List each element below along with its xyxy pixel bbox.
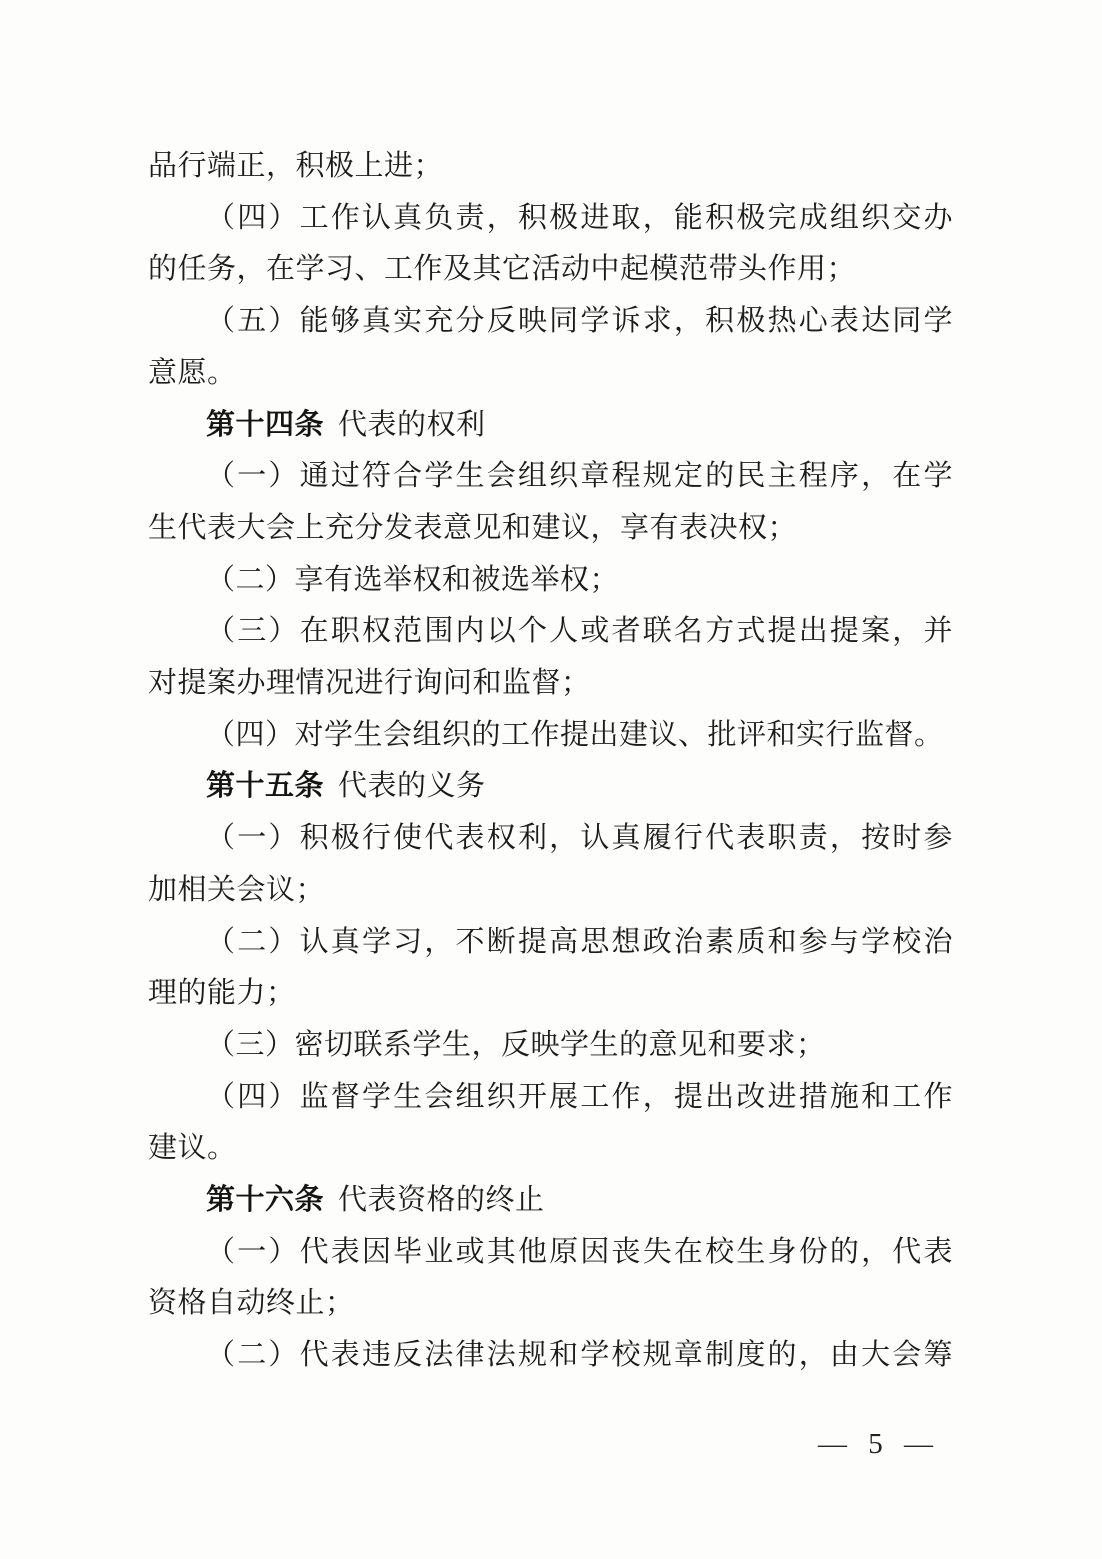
document-line: （三）密切联系学生，反映学生的意见和要求； (148, 1020, 953, 1072)
document-line: 品行端正，积极上进； (148, 141, 953, 193)
line-text: 意愿。 (148, 357, 237, 389)
page-number: — 5 — (818, 1424, 935, 1464)
line-text: （一）积极行使代表权利，认真履行代表职责，按时参 (206, 822, 953, 854)
document-page: 品行端正，积极上进；（四）工作认真负责，积极进取，能积极完成组织交办的任务，在学… (0, 0, 1102, 1559)
article-title: 代表的义务 (338, 770, 486, 802)
article-title: 代表的权利 (338, 409, 486, 441)
line-text: 对提案办理情况进行询问和监督； (148, 667, 591, 699)
line-text: 生代表大会上充分发表意见和建议，享有表决权； (148, 512, 797, 544)
line-text: （二）认真学习，不断提高思想政治素质和参与学校治 (206, 926, 953, 958)
document-line: （一）代表因毕业或其他原因丧失在校生身份的，代表 (148, 1227, 953, 1279)
document-line: （四）对学生会组织的工作提出建议、批评和实行监督。 (148, 710, 953, 762)
line-text: （二）享有选举权和被选举权； (206, 564, 619, 596)
document-line: （三）在职权范围内以个人或者联名方式提出提案，并 (148, 606, 953, 658)
document-line: （一）积极行使代表权利，认真履行代表职责，按时参 (148, 813, 953, 865)
line-text: 品行端正，积极上进； (148, 150, 443, 182)
document-line: （二）享有选举权和被选举权； (148, 555, 953, 607)
line-text: 资格自动终止； (148, 1287, 355, 1319)
document-line: 建议。 (148, 1123, 953, 1175)
line-text: 建议。 (148, 1132, 237, 1164)
line-text: 的任务，在学习、工作及其它活动中起模范带头作用； (148, 253, 856, 285)
article-heading-line: 第十五条代表的义务 (148, 761, 953, 813)
article-number: 第十四条 (206, 409, 324, 441)
document-line: （四）监督学生会组织开展工作，提出改进措施和工作 (148, 1072, 953, 1124)
line-text: （一）代表因毕业或其他原因丧失在校生身份的，代表 (206, 1236, 953, 1268)
document-line: 的任务，在学习、工作及其它活动中起模范带头作用； (148, 244, 953, 296)
document-line: 理的能力； (148, 968, 953, 1020)
line-text: （四）监督学生会组织开展工作，提出改进措施和工作 (206, 1081, 953, 1113)
article-number: 第十六条 (206, 1184, 324, 1216)
document-line: 对提案办理情况进行询问和监督； (148, 658, 953, 710)
line-text: 加相关会议； (148, 874, 325, 906)
document-body: 品行端正，积极上进；（四）工作认真负责，积极进取，能积极完成组织交办的任务，在学… (148, 141, 953, 1382)
document-line: 加相关会议； (148, 865, 953, 917)
line-text: （二）代表违反法律法规和学校规章制度的，由大会筹 (206, 1339, 953, 1371)
document-line: 意愿。 (148, 348, 953, 400)
document-line: （二）认真学习，不断提高思想政治素质和参与学校治 (148, 917, 953, 969)
article-number: 第十五条 (206, 770, 324, 802)
line-text: （四）对学生会组织的工作提出建议、批评和实行监督。 (206, 719, 944, 751)
document-line: （一）通过符合学生会组织章程规定的民主程序，在学 (148, 451, 953, 503)
document-line: （四）工作认真负责，积极进取，能积极完成组织交办 (148, 193, 953, 245)
document-line: 资格自动终止； (148, 1278, 953, 1330)
document-line: （五）能够真实充分反映同学诉求，积极热心表达同学 (148, 296, 953, 348)
document-line: （二）代表违反法律法规和学校规章制度的，由大会筹 (148, 1330, 953, 1382)
line-text: （一）通过符合学生会组织章程规定的民主程序，在学 (206, 460, 953, 492)
line-text: （四）工作认真负责，积极进取，能积极完成组织交办 (206, 202, 953, 234)
article-heading-line: 第十四条代表的权利 (148, 400, 953, 452)
line-text: （五）能够真实充分反映同学诉求，积极热心表达同学 (206, 305, 953, 337)
line-text: 理的能力； (148, 977, 296, 1009)
line-text: （三）在职权范围内以个人或者联名方式提出提案，并 (206, 615, 953, 647)
document-line: 生代表大会上充分发表意见和建议，享有表决权； (148, 503, 953, 555)
article-heading-line: 第十六条代表资格的终止 (148, 1175, 953, 1227)
line-text: （三）密切联系学生，反映学生的意见和要求； (206, 1029, 826, 1061)
article-title: 代表资格的终止 (338, 1184, 545, 1216)
